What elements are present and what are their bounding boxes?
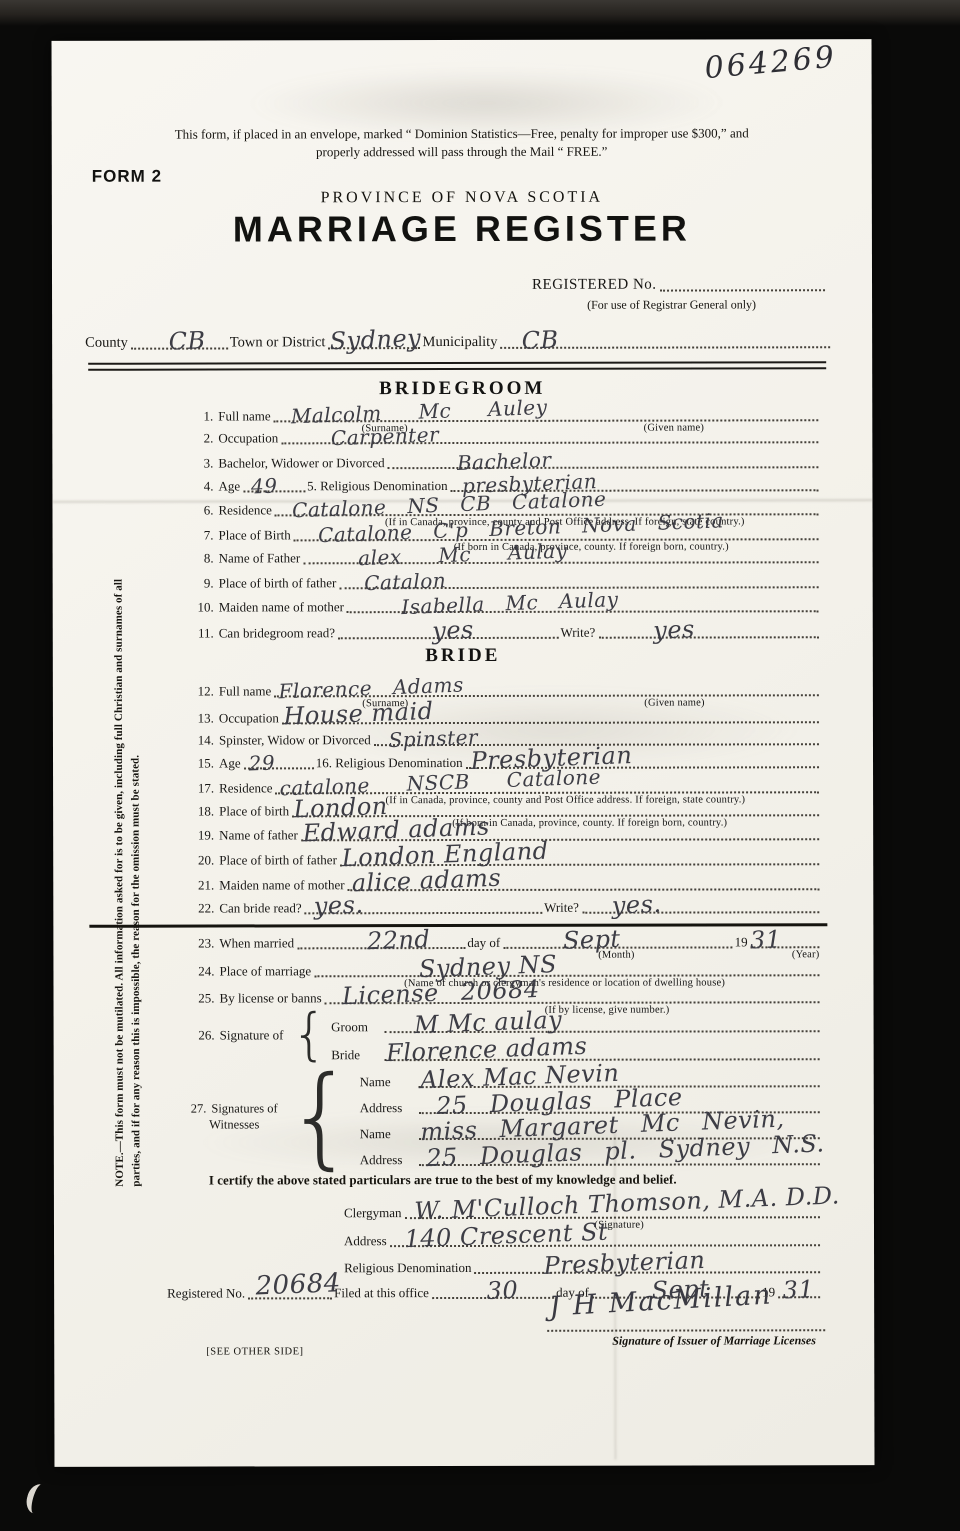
field-label: Place of birth	[219, 803, 289, 819]
form-number: FORM 2	[92, 167, 162, 187]
field-label: Can bride read?	[219, 900, 301, 916]
field-number: 14.	[190, 733, 219, 749]
field-label: Age	[218, 478, 240, 494]
marriage-year-value: 31	[750, 925, 783, 954]
field-occupation-groom: 2. Occupation Carpenter	[189, 423, 820, 446]
bride-read-value: yes.	[314, 890, 365, 920]
field-residence-bride: 17. Residence catalone NSCB Catalone (If…	[190, 773, 821, 796]
issuer-signature-line	[547, 1329, 825, 1332]
address-label: Address	[360, 1152, 416, 1168]
bride-mother-value: alice adams	[352, 864, 502, 898]
certification-statement: I certify the above stated particulars a…	[209, 1172, 677, 1189]
county-label: County	[85, 335, 128, 352]
page-title: MARRIAGE REGISTER	[52, 207, 872, 251]
witness-rows: Name Alex Mac Nevin Address 25 Douglas P…	[360, 1063, 822, 1168]
mutilation-side-note: NOTE.—This form must not be mutilated. A…	[111, 559, 145, 1187]
dotted-line: 49	[243, 490, 305, 492]
field-father-birthplace-groom: 9. Place of birth of father Catalon	[190, 568, 821, 591]
field-label: Age	[219, 755, 241, 771]
write-label: Write?	[560, 625, 595, 641]
name-label: Name	[360, 1074, 416, 1090]
field-number: 10.	[190, 600, 219, 616]
field-label: Occupation	[218, 430, 278, 446]
field-number: 26.	[191, 1028, 220, 1044]
witness2-address-row: Address 25 Douglas pl. Sydney N.S.	[360, 1141, 822, 1168]
dotted-line: House maid	[282, 721, 819, 724]
year-prefix: 19	[735, 934, 748, 950]
field-number: 18.	[190, 804, 219, 820]
field-number: 13.	[190, 711, 219, 727]
filed-label: Filed at this office	[334, 1285, 429, 1301]
clergyman-label: Clergyman	[344, 1205, 402, 1221]
groom-read-value: yes	[432, 616, 475, 646]
dotted-line: London England	[340, 863, 819, 866]
groom-write-value: yes	[652, 615, 695, 645]
double-rule	[88, 361, 826, 371]
address-label: Address	[344, 1233, 387, 1249]
town-label: Town or District	[230, 334, 326, 351]
groom-age-value: 49	[250, 473, 277, 498]
groom-label: Groom	[331, 1019, 381, 1035]
dotted-line: yes	[338, 637, 558, 639]
dotted-line: alice adams	[348, 888, 820, 891]
town-value: Sydney	[329, 324, 422, 355]
field-number: 3.	[189, 456, 218, 472]
field-label: Signature of	[220, 1027, 284, 1043]
bride-write-value: yes.	[611, 890, 662, 920]
filed-year-value: 31	[782, 1275, 815, 1304]
registered-no-row: REGISTERED No.	[532, 271, 827, 294]
field-number: 15.	[190, 756, 219, 772]
day-of-label: day of	[467, 935, 500, 951]
field-number: 20.	[190, 853, 219, 869]
field-number: 11.	[190, 626, 219, 642]
clergyman-address-row: Address 140 Crescent St	[344, 1226, 822, 1249]
write-label: Write?	[544, 900, 579, 916]
field-label: Name of Father	[219, 550, 301, 566]
dotted-line: Isabella Mc Aulay	[347, 610, 819, 613]
dotted-line: Bachelor	[388, 466, 819, 469]
field-label: Place of birth of father	[219, 575, 337, 591]
field-label: Name of father	[219, 827, 298, 843]
section-divider-rule	[89, 923, 827, 928]
field-number: 21.	[190, 878, 219, 894]
field-label: Place of marriage	[219, 963, 311, 979]
dotted-line: W. M'Culloch Thomson, M.A. D.D. (Signatu…	[405, 1216, 820, 1219]
dotted-line: Malcolm Mc Auley (Surname) (Given name)	[274, 419, 819, 422]
denomination-row: Religious Denomination Presbyterian	[344, 1253, 822, 1276]
scan-corner-mark	[23, 1482, 51, 1517]
field-label: Residence	[218, 502, 271, 518]
registered-no-value: 20684	[255, 1268, 341, 1301]
mail-note-line1: This form, if placed in an envelope, mar…	[52, 125, 872, 143]
field-label: Occupation	[219, 710, 279, 726]
field-full-name-groom: 1. Full name Malcolm Mc Auley (Surname) …	[189, 401, 820, 424]
field-number: 25.	[190, 991, 219, 1007]
field-occupation-bride: 13. Occupation House maid	[190, 703, 821, 726]
dotted-line: License 20684 (If by license, give numbe…	[325, 1001, 820, 1004]
field-father-groom: 8. Name of Father alex Mc Aulay	[190, 543, 821, 566]
mail-note-line2: properly addressed will pass through the…	[52, 143, 872, 161]
dotted-line: yes.	[305, 912, 542, 914]
witnesses-labels: 27.Signatures of Witnesses	[191, 1100, 278, 1133]
field-number: 7.	[190, 528, 219, 544]
dotted-line: yes	[598, 636, 818, 638]
field-license-or-banns: 25. By license or banns License 20684 (I…	[190, 983, 821, 1006]
scanned-document-background: 064269 This form, if placed in an envelo…	[0, 0, 960, 1531]
field-label: Full name	[219, 683, 271, 699]
dotted-line: CB	[500, 346, 830, 349]
field-label: Bachelor, Widower or Divorced	[218, 455, 384, 471]
dotted-line: 31 (Year)	[751, 946, 820, 948]
dotted-line: Edward adams	[301, 838, 819, 841]
witnesses-label-line1: 27.Signatures of	[191, 1100, 278, 1116]
field-read-write-groom: 11. Can bridegroom read? yes Write? yes	[190, 618, 821, 641]
field-number: 6.	[189, 503, 218, 519]
dotted-line: Florence Adams (Surname) (Given name)	[274, 694, 819, 697]
province-heading: PROVINCE OF NOVA SCOTIA	[52, 188, 872, 208]
dotted-line: alex Mc Aulay	[303, 561, 818, 564]
field-number: 1.	[189, 409, 218, 425]
groom-father-value: alex Mc Aulay	[357, 538, 567, 570]
dotted-line: Sept (Month)	[503, 946, 732, 948]
field-number: 22.	[190, 901, 219, 917]
groom-signature-row: Groom M Mc aulay	[331, 1006, 822, 1035]
dotted-line: 140 Crescent St	[390, 1244, 820, 1247]
marriage-register-page: 064269 This form, if placed in an envelo…	[52, 39, 875, 1467]
dotted-line: M Mc aulay	[384, 1030, 819, 1033]
field-label: Spinster, Widow or Divorced	[219, 732, 371, 748]
field-number: 12.	[190, 684, 219, 700]
county-row: County CB Town or District Sydney Munici…	[85, 326, 832, 352]
dotted-line: Presbyterian	[475, 1271, 821, 1274]
field-mother-groom: 10. Maiden name of mother Isabella Mc Au…	[190, 592, 821, 615]
field-label: Full name	[218, 408, 270, 424]
registered-no-label: Registered No.	[167, 1285, 245, 1301]
field-father-birthplace-bride: 20. Place of birth of father London Engl…	[190, 845, 821, 868]
field-number: 23.	[190, 936, 219, 952]
denomination-label: Religious Denomination	[344, 1260, 472, 1276]
field-birthplace-bride: 18. Place of birth London (If born in Ca…	[190, 796, 821, 819]
field-residence-groom: 6. Residence Catalone NS CB Catalone (If…	[189, 495, 820, 518]
field-number: 4.	[189, 479, 218, 495]
field-number: 27.	[191, 1101, 212, 1115]
field-label: Can bridegroom read?	[219, 625, 335, 641]
field-marital-status-groom: 3. Bachelor, Widower or Divorced Bachelo…	[189, 448, 820, 471]
field-label: 5. Religious Denomination	[307, 478, 448, 494]
signature-of-labels: 26. Signature of	[191, 1027, 284, 1043]
field-label: Residence	[219, 780, 272, 796]
dotted-line: yes.	[582, 911, 819, 913]
field-when-married: 23. When married 22nd day of Sept (Month…	[190, 928, 821, 951]
see-other-side-note: [SEE OTHER SIDE]	[206, 1346, 303, 1357]
handwritten-serial-number: 064269	[704, 40, 839, 87]
field-number: 8.	[190, 551, 219, 567]
field-number: 24.	[190, 964, 219, 980]
field-number: 19.	[190, 828, 219, 844]
dotted-line: 22nd	[297, 947, 465, 949]
municipality-value: CB	[521, 326, 559, 355]
address-label: Address	[360, 1100, 416, 1116]
dotted-line	[660, 289, 826, 291]
bride-section-title: BRIDE	[53, 644, 873, 668]
registrar-general-note: (For use of Registrar General only)	[587, 297, 756, 312]
field-label: 16. Religious Denomination	[316, 755, 463, 771]
field-label: Signatures of	[211, 1101, 277, 1115]
registered-no-label: REGISTERED No.	[532, 277, 657, 294]
field-read-write-bride: 22. Can bride read? yes. Write? yes.	[190, 893, 821, 916]
field-label: Place of Birth	[219, 527, 291, 543]
scan-top-edge	[0, 0, 960, 26]
municipality-label: Municipality	[423, 334, 498, 351]
brace-icon: {	[286, 1061, 356, 1171]
name-label: Name	[360, 1126, 416, 1142]
dotted-line: 25 Douglas pl. Sydney N.S.	[419, 1163, 820, 1166]
groom-occupation-value: Carpenter	[330, 422, 439, 450]
field-label: Maiden name of mother	[219, 599, 344, 615]
dotted-line: 31	[778, 1296, 820, 1298]
field-label: When married	[219, 935, 294, 951]
county-value: CB	[168, 326, 206, 355]
dotted-line: 20684	[248, 1297, 332, 1299]
dotted-line: Sydney NS (Name of church or clergyman's…	[314, 974, 819, 977]
field-number: 17.	[190, 781, 219, 797]
filed-day-value: 30	[486, 1276, 519, 1305]
field-full-name-bride: 12. Full name Florence Adams (Surname) (…	[190, 676, 821, 699]
field-mother-bride: 21. Maiden name of mother alice adams	[190, 870, 821, 893]
marriage-day-value: 22nd	[366, 925, 430, 955]
bride-signature-row: Bride Florence adams	[331, 1034, 822, 1063]
issuer-signature-label: Signature of Issuer of Marriage Licenses	[612, 1333, 816, 1348]
field-label: Place of birth of father	[219, 852, 337, 868]
dotted-line: Sydney	[328, 347, 420, 349]
dotted-line: 30	[432, 1297, 554, 1299]
signature-rows: Groom M Mc aulay Bride Florence adams	[331, 1006, 822, 1063]
dotted-line: 29	[244, 767, 314, 769]
groom-father-birthplace-value: Catalon	[363, 568, 446, 595]
dotted-line: Carpenter	[281, 441, 818, 444]
witnesses-label-line2: Witnesses	[191, 1116, 278, 1132]
bride-age-value: 29	[248, 750, 275, 775]
witnesses-block: 27.Signatures of Witnesses { Name Alex M…	[191, 1060, 822, 1171]
field-number: 9.	[190, 576, 219, 592]
field-number: 2.	[189, 431, 218, 447]
dotted-line: CB	[131, 347, 228, 349]
